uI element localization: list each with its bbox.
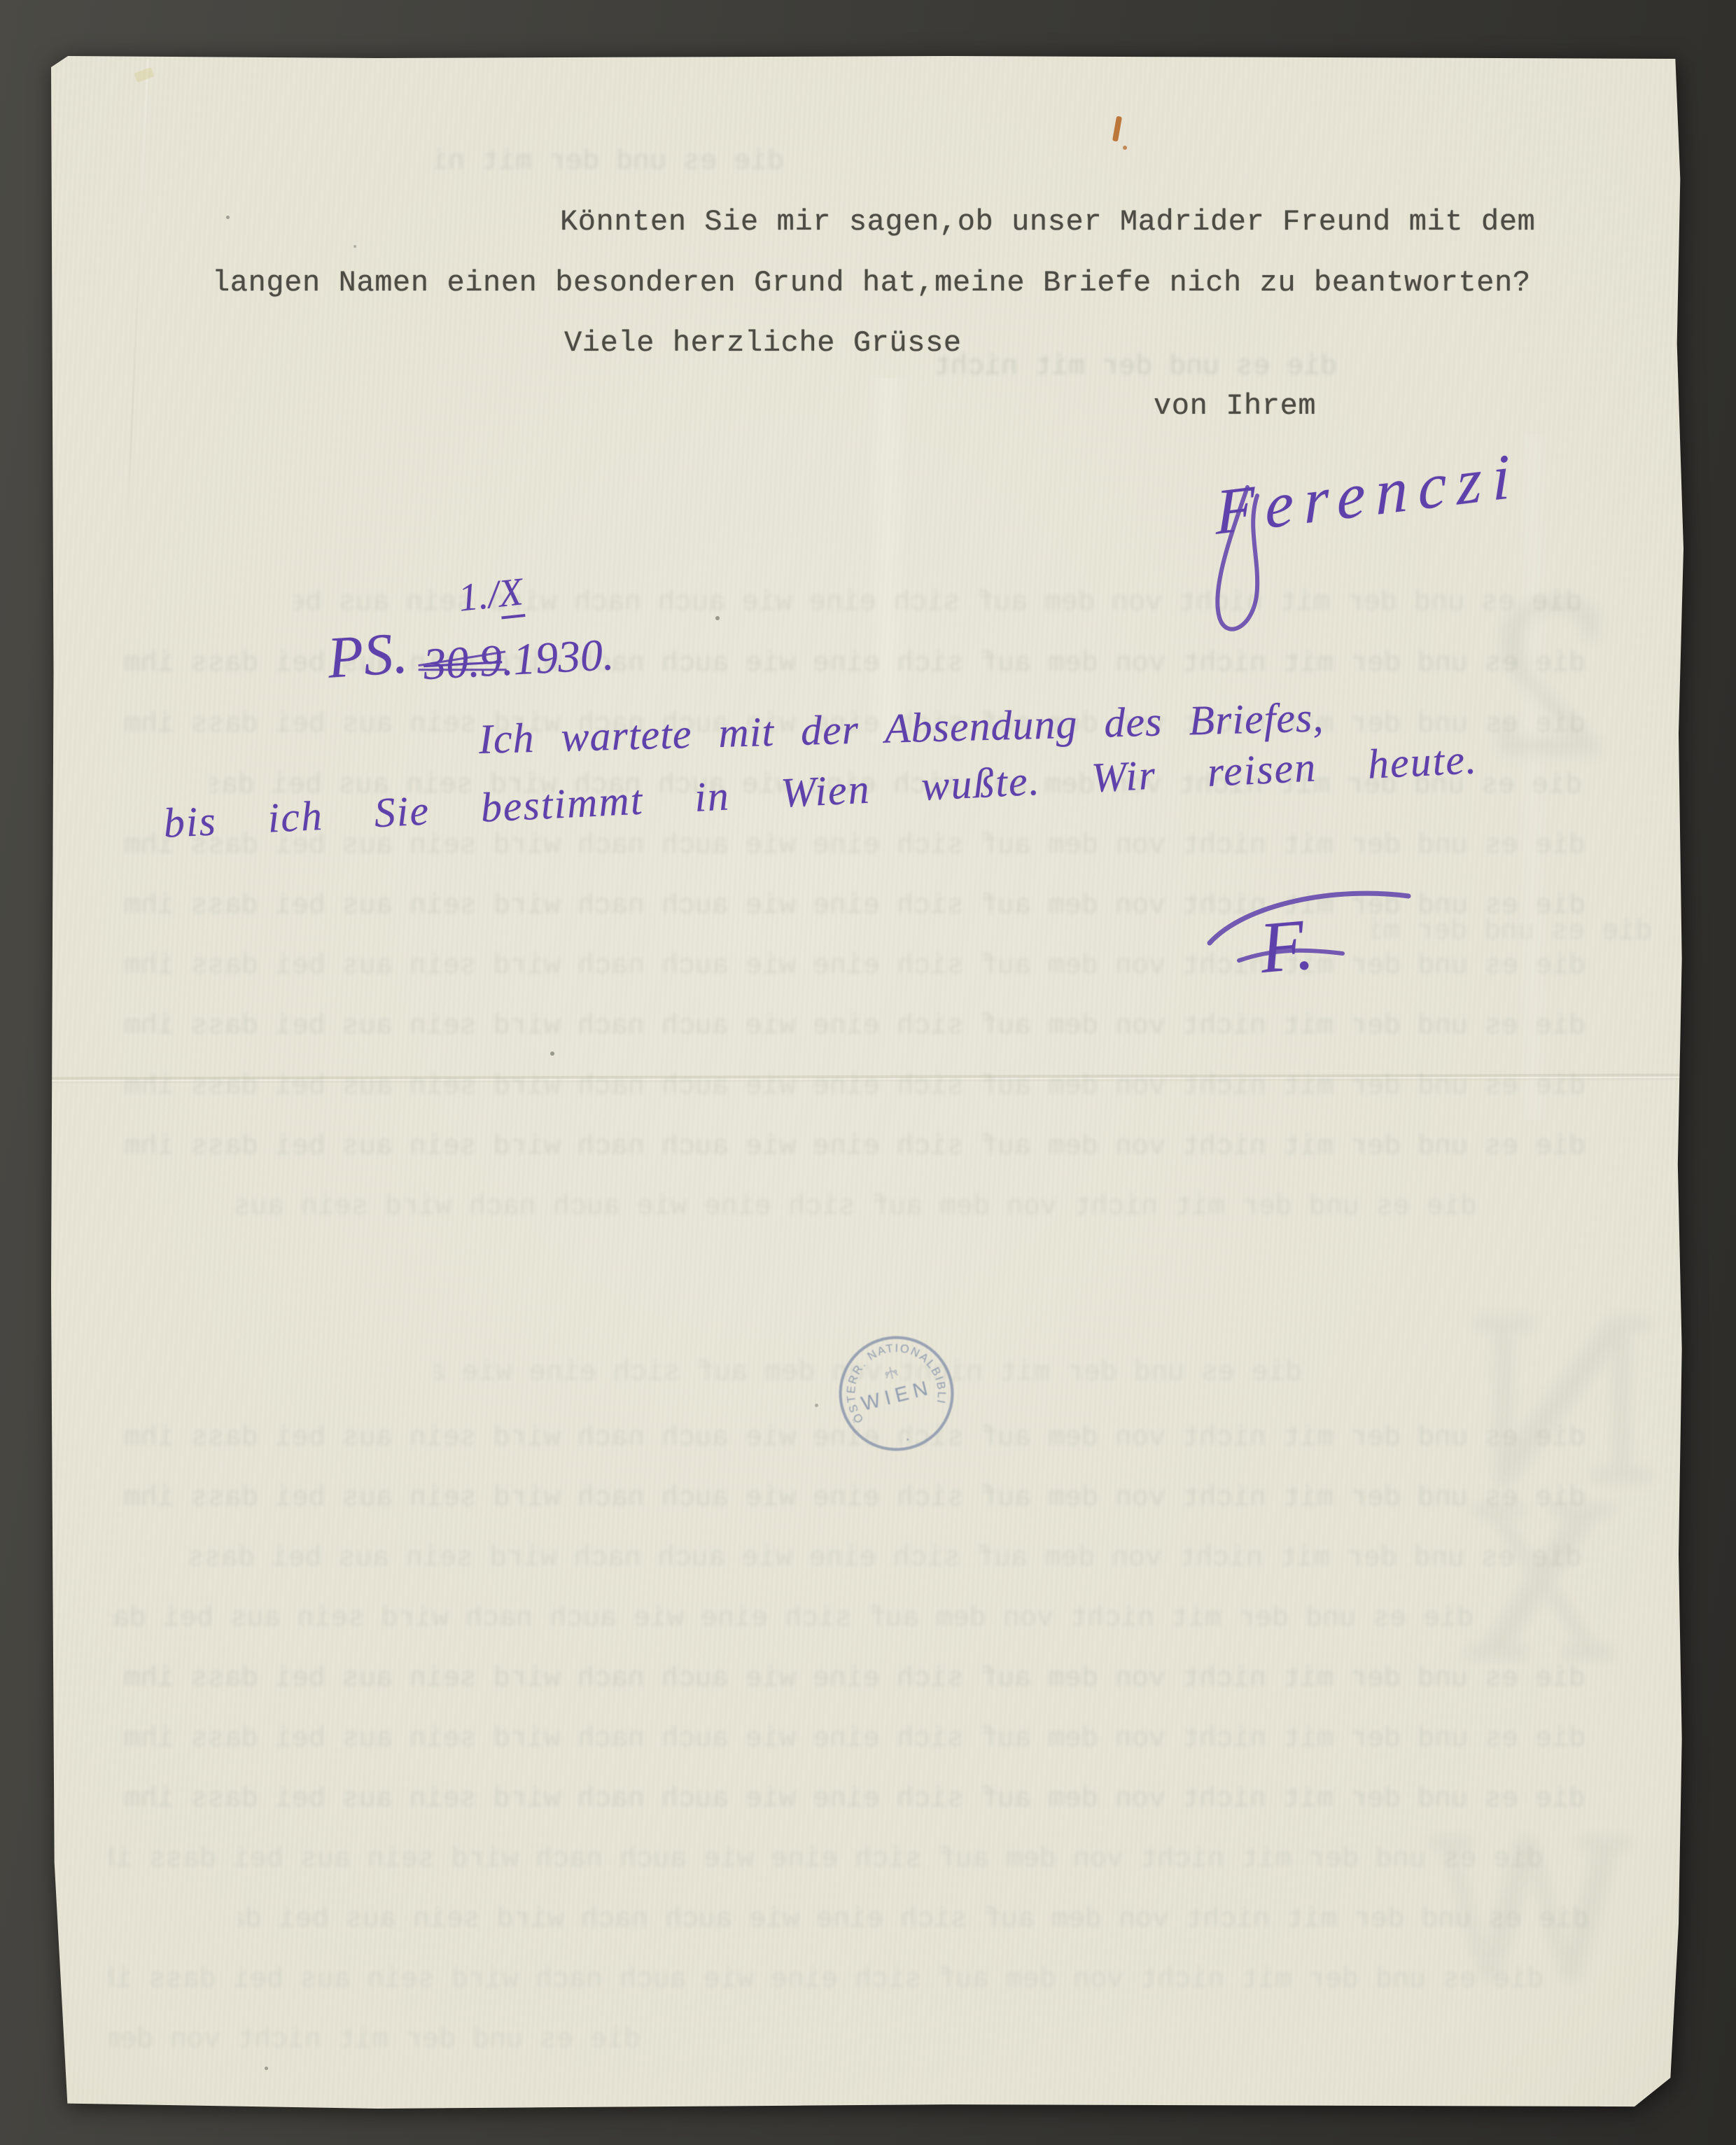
date-year: .1930. <box>500 629 615 685</box>
bleedthrough-line: die es und der mit nicht von dem auf sic… <box>108 1661 1585 1698</box>
paper-speck <box>715 616 720 620</box>
stamp-center-text: WIEN <box>859 1376 934 1416</box>
bleedthrough-line: die es und der mit nicht von dem auf sic… <box>238 1901 1589 1939</box>
bleedthrough-line: die es und der mit nicht von dem auf sic… <box>182 1540 1582 1578</box>
struck-out-date: 30.9 <box>422 634 503 690</box>
paper-sheen-streak <box>867 378 909 742</box>
corner-crease <box>126 59 149 534</box>
bleedthrough-line: die es und der mit nicht von dem auf sic… <box>931 349 1337 386</box>
bleedthrough-line: die es und der mit nicht von dem auf sic… <box>231 1189 1477 1227</box>
bleedthrough-line: die es und der mit nicht von dem auf sic… <box>108 1841 1543 1879</box>
bleedthrough-line: die es und der mit nicht von dem auf sic… <box>108 1781 1585 1819</box>
revision-month: X <box>496 570 525 619</box>
paper-sheen-streak <box>1518 434 1548 1120</box>
typed-line-3: Viele herzliche Grüsse <box>564 326 962 360</box>
typed-line-1: Könnten Sie mir sagen,ob unser Madrider … <box>560 205 1535 239</box>
bleedthrough-ghost-mark: W <box>1430 1799 1632 2027</box>
photo-background: die es und der mit nicht von dem auf sic… <box>0 0 1736 2145</box>
bleedthrough-line: die es und der mit nicht von dem auf sic… <box>108 1962 1543 1999</box>
horizontal-fold-crease <box>51 1074 1683 1084</box>
paper-stain-fleck <box>1123 146 1127 150</box>
paper-speck <box>265 2067 268 2070</box>
bleedthrough-line: die es und der mit nicht von dem auf sic… <box>108 1008 1585 1046</box>
typed-line-2: langen Namen einen besonderen Grund hat,… <box>212 266 1531 300</box>
bleedthrough-line: die es und der mit nicht von dem auf sic… <box>108 1480 1585 1518</box>
paper-stain-fleck <box>1112 116 1122 142</box>
paper-speck <box>226 216 230 219</box>
revision-prefix: 1./ <box>456 573 501 620</box>
stamp-ring-text: ÖSTERR. NATIONALBIBLIOTHEK <box>809 1306 952 1435</box>
bleedthrough-ghost-mark: X <box>1465 1463 1615 1707</box>
bleedthrough-ghost-mark: 2 <box>1479 560 1613 804</box>
initial-flourish-stroke <box>1197 876 1428 988</box>
paper-speck <box>815 1404 818 1407</box>
stamp-crest-icon <box>884 1366 898 1381</box>
handwritten-ps-label: PS. <box>325 619 410 692</box>
signature-descender-loop <box>1198 483 1345 644</box>
handwritten-date-revision: 1./X <box>456 569 525 620</box>
paper-speck <box>353 245 356 248</box>
bleedthrough-line: die es und der mit nicht von dem auf sic… <box>108 1600 1473 1638</box>
paper-stain-fleck <box>134 67 154 83</box>
letter-page: die es und der mit nicht von dem auf sic… <box>51 56 1683 2109</box>
bleedthrough-ghost-mark: N <box>1465 1274 1661 1535</box>
bleedthrough-line: die es und der mit nicht von dem auf sic… <box>108 1721 1585 1759</box>
stamp-separator-dot: · <box>903 1430 912 1448</box>
bleedthrough-line: die es und der mit nicht von dem auf sic… <box>108 1129 1585 1166</box>
handwritten-date: 30.9.1930. <box>422 629 615 690</box>
letter-page-wrap: die es und der mit nicht von dem auf sic… <box>51 56 1683 2109</box>
bleedthrough-line: die es und der mit nicht von dem auf sic… <box>434 144 784 181</box>
paper-speck <box>550 1051 554 1056</box>
library-stamp: ÖSTERR. NATIONALBIBLIOTHEK WIEN · <box>809 1306 983 1481</box>
bleedthrough-line: die es und der mit nicht von dem auf sic… <box>108 2022 640 2060</box>
typed-closing: von Ihrem <box>1154 389 1316 423</box>
svg-text:ÖSTERR. NATIONALBIBLIOTHEK: ÖSTERR. NATIONALBIBLIOTHEK <box>809 1306 952 1435</box>
